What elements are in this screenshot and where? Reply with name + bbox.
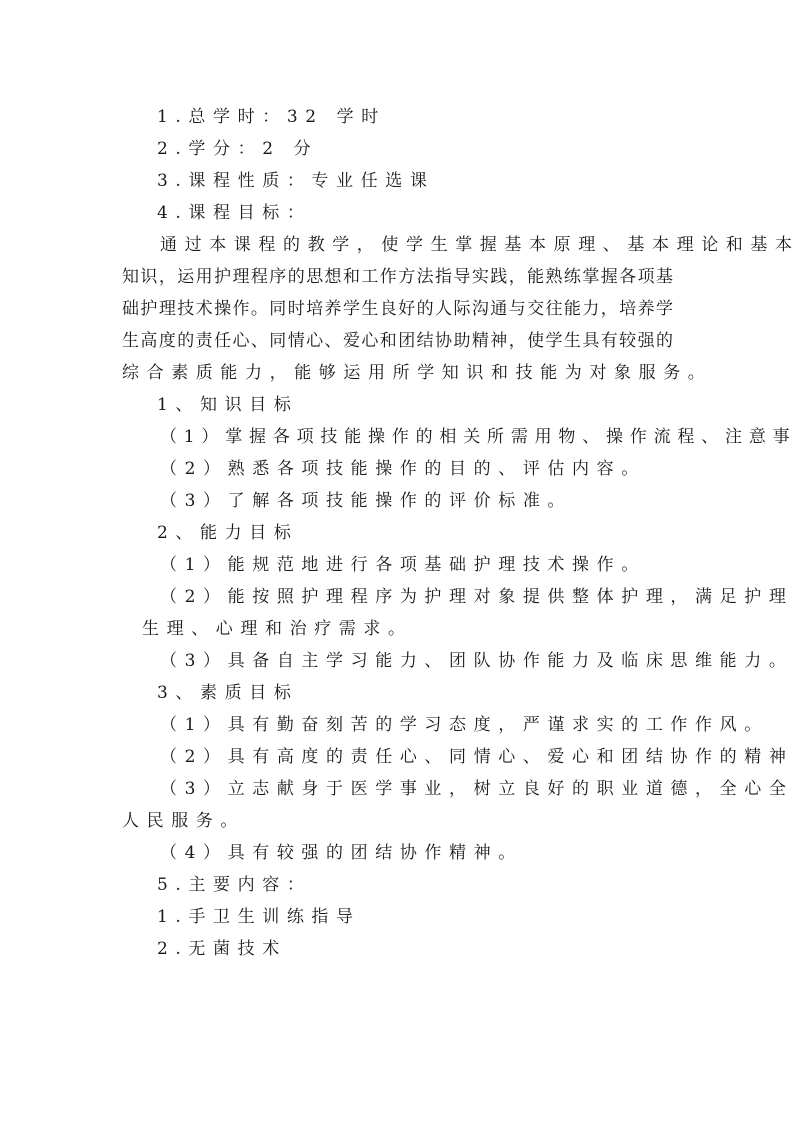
- main-content-item: 2.无菌技术: [157, 938, 287, 960]
- main-content-item: 1.手卫生训练指导: [157, 906, 361, 928]
- quality-objective-item-continued: 人民服务。: [122, 810, 245, 832]
- ability-objective-item: （2）能按照护理程序为护理对象提供整体护理，满足护理对象: [160, 586, 793, 608]
- objectives-paragraph-line: 通过本课程的教学，使学生掌握基本原理、基本理论和基本急救: [160, 234, 673, 256]
- objectives-paragraph-line: 础护理技术操作。同时培养学生良好的人际沟通与交往能力，培养学: [122, 298, 673, 320]
- knowledge-objective-item: （3）了解各项技能操作的评价标准。: [160, 490, 572, 512]
- quality-objective-item: （3）立志献身于医学事业，树立良好的职业道德，全心全意为: [160, 778, 793, 800]
- course-nature: 3.课程性质：专业任选课: [157, 170, 434, 192]
- ability-objective-item: （1）能规范地进行各项基础护理技术操作。: [160, 554, 646, 576]
- ability-objective-item: （3）具备自主学习能力、团队协作能力及临床思维能力。: [160, 650, 793, 672]
- credits: 2.学分：2 分: [157, 138, 318, 160]
- course-objectives-heading: 4.课程目标：: [157, 202, 311, 224]
- ability-objective-item-continued: 生理、心理和治疗需求。: [142, 618, 413, 640]
- ability-objectives-heading: 2、能力目标: [157, 522, 298, 544]
- document-page: 1.总学时：32 学时 2.学分：2 分 3.课程性质：专业任选课 4.课程目标…: [0, 0, 793, 1122]
- quality-objective-item: （1）具有勤奋刻苦的学习态度，严谨求实的工作作风。: [160, 714, 769, 736]
- objectives-paragraph-line: 知识，运用护理程序的思想和工作方法指导实践，能熟练掌握各项基: [122, 266, 673, 288]
- main-content-heading: 5.主要内容：: [157, 874, 311, 896]
- total-hours: 1.总学时：32 学时: [157, 106, 386, 128]
- objectives-paragraph-line: 综合素质能力，能够运用所学知识和技能为对象服务。: [122, 362, 712, 384]
- quality-objectives-heading: 3、素质目标: [157, 682, 298, 704]
- knowledge-objectives-heading: 1、知识目标: [157, 394, 298, 416]
- knowledge-objective-item: （2）熟悉各项技能操作的目的、评估内容。: [160, 458, 646, 480]
- objectives-paragraph-line: 生高度的责任心、同情心、爱心和团结协助精神，使学生具有较强的: [122, 330, 673, 352]
- quality-objective-item: （2）具有高度的责任心、同情心、爱心和团结协作的精神。: [160, 746, 793, 768]
- knowledge-objective-item: （1）掌握各项技能操作的相关所需用物、操作流程、注意事项。: [160, 426, 793, 448]
- quality-objective-item: （4）具有较强的团结协作精神。: [160, 842, 523, 864]
